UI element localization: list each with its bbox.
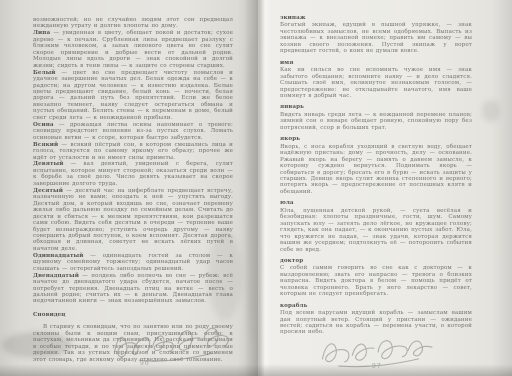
entry-term: Белый xyxy=(33,70,56,76)
left-page-text: возможностей; но не случайно людям этот … xyxy=(33,17,233,363)
section-text: Видеть январь среди лета — к нежданной п… xyxy=(280,112,472,131)
entry-term: Липа xyxy=(33,30,50,36)
dictionary-section: корабль Под всеми парусами идущий корабл… xyxy=(280,303,472,336)
entry-text: — вал девятый, увиденный с берега, сулит… xyxy=(33,161,233,186)
entry-text: — цвет во сне предвещает чистоту помысло… xyxy=(33,70,233,121)
page-number-left: 96 xyxy=(140,360,150,367)
dictionary-entry: Девятый — вал девятый, увиденный с берег… xyxy=(33,161,233,187)
section-heading: январь xyxy=(280,104,472,110)
dictionary-section: имя Как ни силься во сне вспомнить чужое… xyxy=(280,60,472,100)
entry-text: — всякий пёстрый сон, в котором смешалис… xyxy=(33,142,233,161)
paper-smudge xyxy=(246,40,256,340)
section-text: Как ни силься во сне вспомнить чужое имя… xyxy=(280,67,472,99)
entry-term: Осина xyxy=(33,122,54,128)
dictionary-entry: Осина — дрожащая листва осины напоминает… xyxy=(33,122,233,141)
section-text: С собой самим говорить во сне как с докт… xyxy=(280,265,472,297)
section-heading: якорь xyxy=(280,136,472,142)
section-heading: корабль xyxy=(280,303,472,309)
entry-text: — десятый час на циферблате предвещает в… xyxy=(33,188,233,252)
section-heading: юла xyxy=(280,200,472,206)
dictionary-entry: Десятый — десятый час на циферблате пред… xyxy=(33,188,233,253)
entry-term: Двенадцатый xyxy=(33,273,79,279)
dictionary-entry: Всякий — всякий пёстрый сон, в котором с… xyxy=(33,142,233,161)
section-subheading: Сновидец xyxy=(33,312,233,318)
closing-paragraph: В старину к сновидцам, что по занятию ил… xyxy=(33,324,233,363)
section-text: Юла, пущенная детской рукой, — суета вес… xyxy=(280,208,472,253)
section-heading: доктор xyxy=(280,258,472,264)
section-heading: имя xyxy=(280,60,472,66)
dictionary-section: экипаж Богатый экипаж, едущий в пышной у… xyxy=(280,15,472,55)
page-number-right: 97 xyxy=(372,363,382,370)
dictionary-section: юла Юла, пущенная детской рукой, — суета… xyxy=(280,200,472,253)
dictionary-entry: Белый — цвет во сне предвещает чистоту п… xyxy=(33,70,233,122)
section-text: Якорь, с носа корабля уходящий в светлую… xyxy=(280,144,472,196)
dictionary-entry: Одиннадцатый — одиннадцать гостей за сто… xyxy=(33,253,233,272)
entry-text: — дрожащая листва осины напоминает о тре… xyxy=(33,122,233,141)
section-text: Богатый экипаж, едущий в пышной упряжке,… xyxy=(280,22,472,54)
entry-text: — увиденная в цвету, обещает покой и дос… xyxy=(33,30,233,68)
entry-term: Одиннадцатый xyxy=(33,253,83,259)
entry-text: возможностей; но не случайно людям этот … xyxy=(33,17,233,29)
entry-term: Десятый xyxy=(33,188,63,194)
continuation-text: возможностей; но не случайно людям этот … xyxy=(33,17,233,30)
dictionary-entry: Двенадцатый — полдень либо полночь во сн… xyxy=(33,273,233,305)
entry-term: Девятый xyxy=(33,161,63,167)
dictionary-section: январь Видеть январь среди лета — к нежд… xyxy=(280,104,472,131)
section-text: Под всеми парусами идущий корабль — замы… xyxy=(280,310,472,336)
right-page-text: экипаж Богатый экипаж, едущий в пышной у… xyxy=(280,15,472,338)
dictionary-section: доктор С собой самим говорить во сне как… xyxy=(280,258,472,298)
book-scan: возможностей; но не случайно людям этот … xyxy=(0,0,512,376)
section-heading: экипаж xyxy=(280,15,472,21)
entry-term: Всякий xyxy=(33,142,58,148)
dictionary-section: якорь Якорь, с носа корабля уходящий в с… xyxy=(280,136,472,195)
paper-smudge xyxy=(482,100,500,122)
dictionary-entry: Липа — увиденная в цвету, обещает покой … xyxy=(33,30,233,69)
